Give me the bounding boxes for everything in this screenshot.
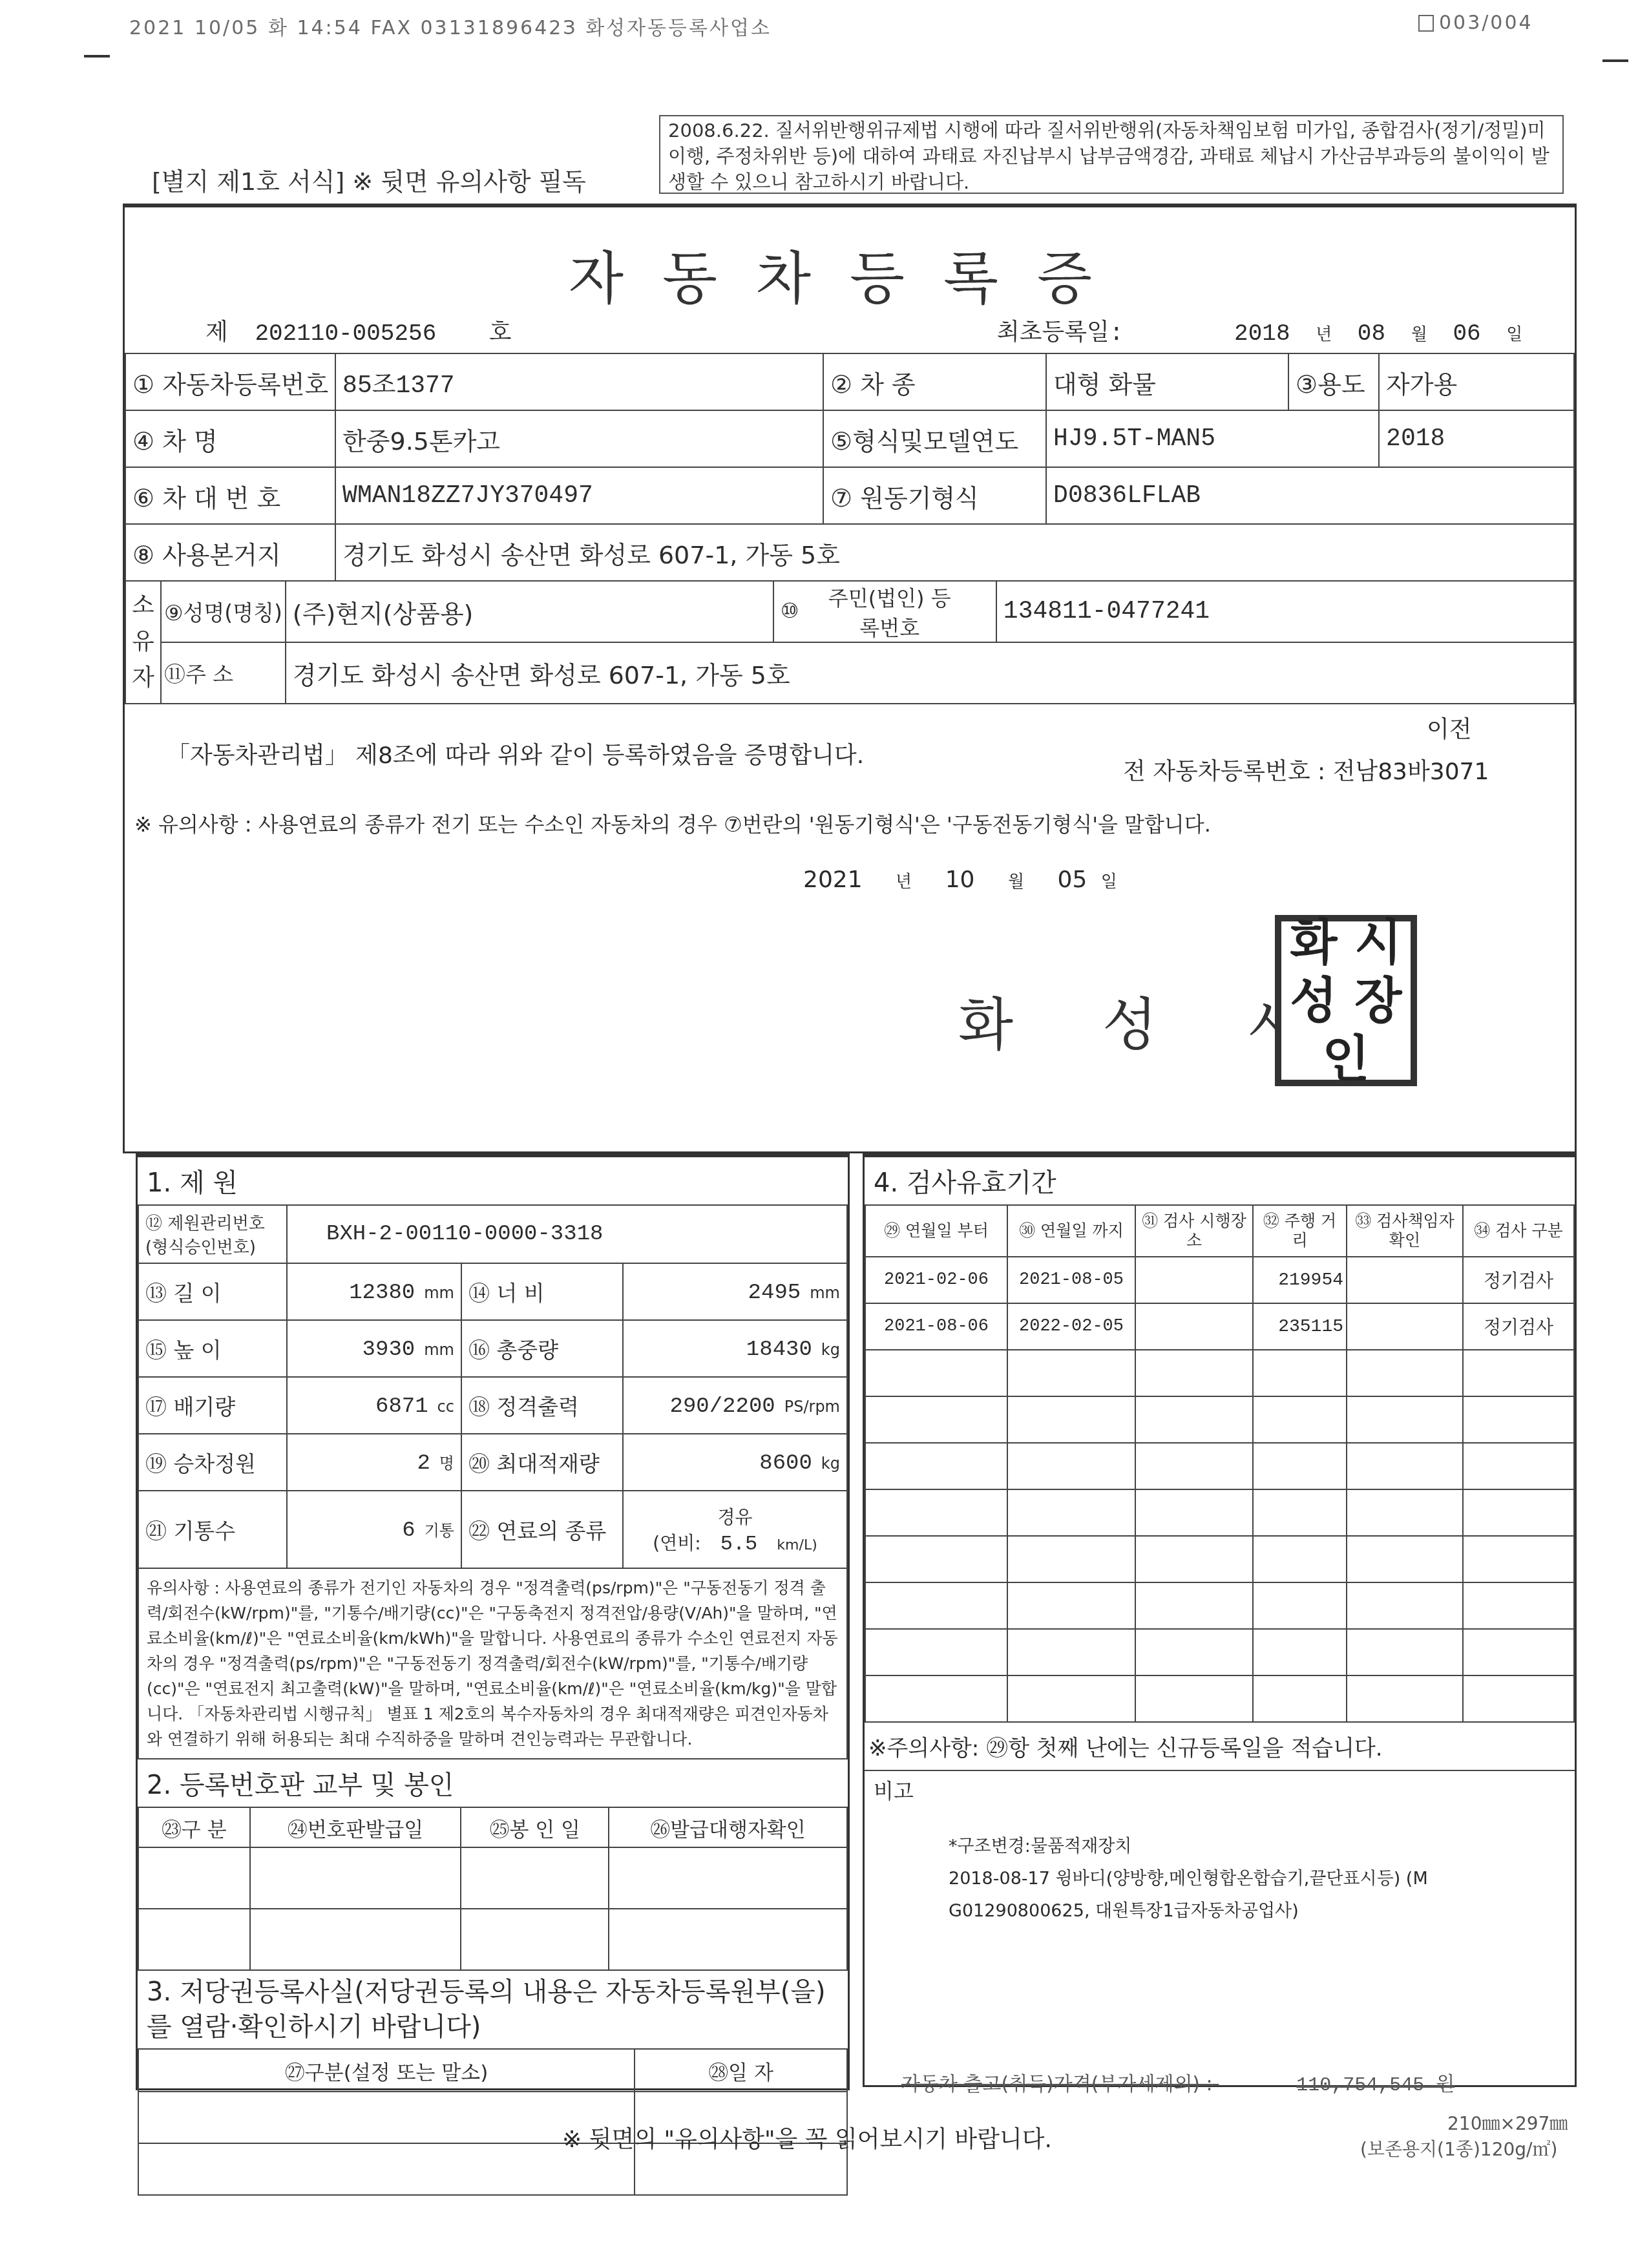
table-row bbox=[865, 1350, 1574, 1396]
reg-number-value: 85조1377 bbox=[335, 353, 823, 410]
table-cell bbox=[1463, 1582, 1574, 1629]
registration-certificate: 자동차등록증 제 202110-005256 호 최초등록일: 2018 년 0… bbox=[123, 204, 1577, 1153]
table-cell bbox=[609, 1909, 847, 1970]
table-cell bbox=[865, 1396, 1007, 1443]
table-cell bbox=[1253, 1629, 1347, 1675]
specs-note: 유의사항 : 사용연료의 종류가 전기인 자동차의 경우 "정격출력(ps/rp… bbox=[138, 1568, 847, 1759]
table-cell: 219954 bbox=[1253, 1257, 1347, 1303]
table-row: ㉑ 기통수6기통㉒ 연료의 종류경유(연비:5.5km/L) bbox=[138, 1491, 847, 1568]
owner-id-value: 134811-0477241 bbox=[996, 581, 1574, 642]
model-value: HJ9.5T-MAN5 bbox=[1046, 410, 1379, 467]
vehicle-info-table: ① 자동차등록번호 85조1377 ② 차 종 대형 화물 ③용도 자가용 ④ … bbox=[125, 353, 1575, 582]
inspection-table: ㉙ 연월일 부터㉚ 연월일 까지㉛ 검사 시행장소㉜ 주행 거리㉝ 검사책임자 … bbox=[865, 1204, 1575, 1723]
table-row: 2021-08-062022-02-05235115정기검사 bbox=[865, 1303, 1574, 1350]
table-row bbox=[865, 1536, 1574, 1582]
registration-mark-left bbox=[84, 55, 110, 58]
official-seal: 화 시 성 장 인 bbox=[1275, 915, 1417, 1086]
issue-date: 2021 년 10 월 05 일 bbox=[803, 866, 1117, 893]
table-cell bbox=[1135, 1257, 1253, 1303]
table-cell bbox=[1253, 1675, 1347, 1722]
column-header: ㉝ 검사책임자 확인 bbox=[1347, 1205, 1463, 1257]
column-header: ㉙ 연월일 부터 bbox=[865, 1205, 1007, 1257]
table-cell bbox=[1007, 1582, 1135, 1629]
table-cell bbox=[865, 1536, 1007, 1582]
vehicle-type-value: 대형 화물 bbox=[1046, 353, 1288, 410]
fax-page-number: 003/004 bbox=[1439, 12, 1533, 34]
column-header: ㉓구 분 bbox=[138, 1807, 250, 1847]
plates-table: ㉓구 분㉔번호판발급일㉕봉 인 일㉖발급대행자확인 bbox=[138, 1807, 848, 1971]
table-cell bbox=[461, 1909, 608, 1970]
use-value: 자가용 bbox=[1379, 353, 1574, 410]
base-location-label: ⑧ 사용본거지 bbox=[125, 524, 335, 581]
table-cell bbox=[1007, 1536, 1135, 1582]
table-row: ⑰ 배기량6871cc⑱ 정격출력290/2200PS/rpm bbox=[138, 1377, 847, 1434]
spec-label: ㉑ 기통수 bbox=[138, 1491, 287, 1568]
spec-value: 2명 bbox=[287, 1434, 461, 1491]
owner-address-value: 경기도 화성시 송산면 화성로 607-1, 가동 5호 bbox=[286, 642, 1574, 704]
table-cell bbox=[1135, 1303, 1253, 1350]
first-registration-date: 최초등록일: 2018 년 08 월 06 일 bbox=[997, 314, 1522, 347]
table-cell bbox=[1135, 1629, 1253, 1675]
spec-mgmt-label: ⑫ 제원관리번호 (형식승인번호) bbox=[138, 1205, 287, 1263]
table-row: ④ 차 명 한중9.5톤카고 ⑤형식및모델연도 HJ9.5T-MAN5 2018 bbox=[125, 410, 1574, 467]
table-cell bbox=[138, 2092, 635, 2143]
spec-label: ⑳ 최대적재량 bbox=[461, 1434, 623, 1491]
owner-name-value: (주)현지(상품용) bbox=[286, 581, 773, 642]
table-cell bbox=[1135, 1675, 1253, 1722]
table-cell bbox=[865, 1675, 1007, 1722]
vehicle-type-label: ② 차 종 bbox=[823, 353, 1046, 410]
table-row bbox=[865, 1629, 1574, 1675]
table-cell bbox=[1347, 1257, 1463, 1303]
table-cell bbox=[1347, 1536, 1463, 1582]
table-cell: 2022-02-05 bbox=[1007, 1303, 1135, 1350]
fax-header: 2021 10/05 화 14:54 FAX 0313189642З 화성자동등… bbox=[129, 12, 772, 40]
spec-mgmt-value: BXH-2-00110-0000-3318 bbox=[287, 1205, 847, 1263]
fine-notice-box: 2008.6.22. 질서위반행위규제법 시행에 따라 질서위반행위(자동차책임… bbox=[659, 115, 1564, 194]
table-cell bbox=[138, 1909, 250, 1970]
table-cell bbox=[1463, 1536, 1574, 1582]
table-row: ⑲ 승차정원2명⑳ 최대적재량8600kg bbox=[138, 1434, 847, 1491]
table-row: ⑬ 길 이12380mm⑭ 너 비2495mm bbox=[138, 1263, 847, 1320]
vehicle-name-label: ④ 차 명 bbox=[125, 410, 335, 467]
vehicle-name-value: 한중9.5톤카고 bbox=[335, 410, 823, 467]
owner-table: 소유자 ⑨성명(명칭) (주)현지(상품용) ⑩ 주민(법인) 등록번호 134… bbox=[125, 580, 1575, 704]
spec-value: 3930mm bbox=[287, 1320, 461, 1377]
table-cell bbox=[865, 1443, 1007, 1489]
electric-vehicle-caution: ※ 유의사항 : 사용연료의 종류가 전기 또는 수소인 자동차의 경우 ⑦번란… bbox=[134, 808, 1211, 838]
column-header: ㉞ 검사 구분 bbox=[1463, 1205, 1574, 1257]
table-cell bbox=[1007, 1489, 1135, 1536]
table-cell: 2021-02-06 bbox=[865, 1257, 1007, 1303]
table-cell bbox=[1347, 1675, 1463, 1722]
table-cell bbox=[250, 1847, 461, 1909]
model-year-value: 2018 bbox=[1379, 410, 1574, 467]
transfer-label: 이전 bbox=[1427, 711, 1472, 744]
table-cell: 2021-08-06 bbox=[865, 1303, 1007, 1350]
table-cell bbox=[1463, 1629, 1574, 1675]
spec-value: 18430kg bbox=[623, 1320, 847, 1377]
table-row bbox=[865, 1443, 1574, 1489]
spec-label: ⑱ 정격출력 bbox=[461, 1377, 623, 1434]
inspection-caution: ※주의사항: ㉙항 첫째 난에는 신규등록일을 적습니다. bbox=[865, 1723, 1575, 1771]
spec-label: ⑯ 총중량 bbox=[461, 1320, 623, 1377]
column-header: ㉖발급대행자확인 bbox=[609, 1807, 847, 1847]
table-cell bbox=[1347, 1396, 1463, 1443]
column-header: ㉛ 검사 시행장소 bbox=[1135, 1205, 1253, 1257]
table-row: ⑧ 사용본거지 경기도 화성시 송산면 화성로 607-1, 가동 5호 bbox=[125, 524, 1574, 581]
table-cell bbox=[1007, 1443, 1135, 1489]
spec-value: 12380mm bbox=[287, 1263, 461, 1320]
table-cell bbox=[865, 1582, 1007, 1629]
paper-type: (보존용지(1종)120g/㎡) bbox=[1360, 2136, 1557, 2161]
owner-name-label: ⑨성명(명칭) bbox=[161, 581, 286, 642]
spec-label: ⑮ 높 이 bbox=[138, 1320, 287, 1377]
table-row: 2021-02-062021-08-05219954정기검사 bbox=[865, 1257, 1574, 1303]
remarks-label: 비고 bbox=[865, 1771, 1575, 1811]
specs-note-row: 유의사항 : 사용연료의 종류가 전기인 자동차의 경우 "정격출력(ps/rp… bbox=[138, 1568, 847, 1759]
table-cell bbox=[1135, 1489, 1253, 1536]
registration-mark-right bbox=[1602, 59, 1628, 62]
table-cell bbox=[1007, 1675, 1135, 1722]
vin-label: ⑥ 차 대 번 호 bbox=[125, 467, 335, 524]
spec-label: ⑬ 길 이 bbox=[138, 1263, 287, 1320]
column-header: ㉚ 연월일 까지 bbox=[1007, 1205, 1135, 1257]
spec-value: 6기통 bbox=[287, 1491, 461, 1568]
table-cell bbox=[1007, 1350, 1135, 1396]
owner-group-label: 소유자 bbox=[125, 581, 161, 704]
footer-note: ※ 뒷면의 "유의사항"을 꼭 읽어보시기 바랍니다. bbox=[562, 2121, 1052, 2154]
paper-size: 210㎜×297㎜ bbox=[1447, 2110, 1568, 2136]
table-cell bbox=[250, 1909, 461, 1970]
table-cell bbox=[1135, 1396, 1253, 1443]
column-header: ㉜ 주행 거리 bbox=[1253, 1205, 1347, 1257]
spec-label: ⑭ 너 비 bbox=[461, 1263, 623, 1320]
table-cell bbox=[1135, 1350, 1253, 1396]
table-cell bbox=[1253, 1536, 1347, 1582]
table-row bbox=[138, 1847, 847, 1909]
table-row: ⑪주 소 경기도 화성시 송산면 화성로 607-1, 가동 5호 bbox=[125, 642, 1574, 704]
mortgage-heading: 3. 저당권등록사실(저당권등록의 내용은 자동차등록원부(을)를 열람·확인하… bbox=[138, 1971, 848, 2048]
table-cell bbox=[1347, 1489, 1463, 1536]
column-header: ㉗구분(설정 또는 말소) bbox=[138, 2049, 635, 2092]
plates-heading: 2. 등록번호판 교부 및 봉인 bbox=[138, 1759, 848, 1807]
spec-value: 290/2200PS/rpm bbox=[623, 1377, 847, 1434]
spec-label: ⑲ 승차정원 bbox=[138, 1434, 287, 1491]
table-header-row: ㉓구 분㉔번호판발급일㉕봉 인 일㉖발급대행자확인 bbox=[138, 1807, 847, 1847]
table-cell: 정기검사 bbox=[1463, 1257, 1574, 1303]
certificate-title: 자동차등록증 bbox=[125, 233, 1575, 315]
table-cell bbox=[1135, 1443, 1253, 1489]
table-row bbox=[865, 1582, 1574, 1629]
column-header: ㉕봉 인 일 bbox=[461, 1807, 608, 1847]
spec-value: 6871cc bbox=[287, 1377, 461, 1434]
table-row bbox=[138, 1909, 847, 1970]
base-location-value: 경기도 화성시 송산면 화성로 607-1, 가동 5호 bbox=[335, 524, 1574, 581]
spec-value: 2495mm bbox=[623, 1263, 847, 1320]
fax-page-counter: 003/004 bbox=[1418, 12, 1533, 34]
table-cell bbox=[1007, 1396, 1135, 1443]
table-cell bbox=[1347, 1582, 1463, 1629]
column-header: ㉔번호판발급일 bbox=[250, 1807, 461, 1847]
table-cell bbox=[1347, 1443, 1463, 1489]
table-cell bbox=[1463, 1443, 1574, 1489]
table-cell bbox=[1007, 1629, 1135, 1675]
fuel-efficiency: (연비:5.5km/L) bbox=[630, 1529, 840, 1556]
spec-label: ⑰ 배기량 bbox=[138, 1377, 287, 1434]
model-label: ⑤형식및모델연도 bbox=[823, 410, 1046, 467]
spec-label: ㉒ 연료의 종류 bbox=[461, 1491, 623, 1568]
table-row: ① 자동차등록번호 85조1377 ② 차 종 대형 화물 ③용도 자가용 bbox=[125, 353, 1574, 410]
table-cell bbox=[1463, 1396, 1574, 1443]
table-header-row: ㉙ 연월일 부터㉚ 연월일 까지㉛ 검사 시행장소㉜ 주행 거리㉝ 검사책임자 … bbox=[865, 1205, 1574, 1257]
form-label: [별지 제1호 서식] ※ 뒷면 유의사항 필독 bbox=[152, 162, 586, 197]
fax-page-icon bbox=[1418, 15, 1434, 32]
table-row bbox=[865, 1489, 1574, 1536]
table-cell bbox=[1135, 1582, 1253, 1629]
table-row bbox=[865, 1675, 1574, 1722]
inspection-section: 4. 검사유효기간 ㉙ 연월일 부터㉚ 연월일 까지㉛ 검사 시행장소㉜ 주행 … bbox=[863, 1153, 1577, 2087]
table-cell bbox=[1463, 1489, 1574, 1536]
engine-value: D0836LFLAB bbox=[1046, 467, 1574, 524]
table-cell bbox=[1253, 1582, 1347, 1629]
table-cell bbox=[1463, 1350, 1574, 1396]
table-cell bbox=[865, 1489, 1007, 1536]
table-row: ⑮ 높 이3930mm⑯ 총중량18430kg bbox=[138, 1320, 847, 1377]
table-cell bbox=[138, 2143, 635, 2195]
table-header-row: ㉗구분(설정 또는 말소)㉘일 자 bbox=[138, 2049, 847, 2092]
table-cell: 235115 bbox=[1253, 1303, 1347, 1350]
table-cell bbox=[609, 1847, 847, 1909]
table-row: 소유자 ⑨성명(명칭) (주)현지(상품용) ⑩ 주민(법인) 등록번호 134… bbox=[125, 581, 1574, 642]
table-cell bbox=[865, 1629, 1007, 1675]
spec-value: 경유(연비:5.5km/L) bbox=[623, 1491, 847, 1568]
table-row bbox=[865, 1396, 1574, 1443]
table-cell bbox=[138, 1847, 250, 1909]
table-cell bbox=[1253, 1396, 1347, 1443]
table-cell bbox=[1253, 1350, 1347, 1396]
owner-id-label: ⑩ 주민(법인) 등록번호 bbox=[773, 581, 996, 642]
spec-value: 8600kg bbox=[623, 1434, 847, 1491]
table-cell: 정기검사 bbox=[1463, 1303, 1574, 1350]
certification-statement: 「자동차관리법」 제8조에 따라 위와 같이 등록하였음을 증명합니다. bbox=[167, 737, 864, 770]
previous-registration-number: 전 자동차등록번호 : 전남83바3071 bbox=[1123, 753, 1489, 786]
table-cell bbox=[1347, 1303, 1463, 1350]
reg-number-label: ① 자동차등록번호 bbox=[125, 353, 335, 410]
specs-section: 1. 제 원 ⑫ 제원관리번호 (형식승인번호) BXH-2-00110-000… bbox=[136, 1153, 850, 2090]
owner-address-label: ⑪주 소 bbox=[161, 642, 286, 704]
table-cell bbox=[1253, 1489, 1347, 1536]
vehicle-price-line: 자동차 출고(취득)가격(부가세제외) : 110,754,545 원 bbox=[901, 2068, 1455, 2097]
column-header: ㉘일 자 bbox=[635, 2049, 847, 2092]
table-cell bbox=[865, 1350, 1007, 1396]
specs-table: ⑫ 제원관리번호 (형식승인번호) BXH-2-00110-0000-3318 … bbox=[138, 1204, 848, 1759]
remarks-text: *구조변경:물품적재장치 2018-08-17 윙바디(양방향,메인형합온합습기… bbox=[865, 1811, 1575, 1931]
table-row: ⑥ 차 대 번 호 WMAN18ZZ7JY370497 ⑦ 원동기형식 D083… bbox=[125, 467, 1574, 524]
table-cell: 2021-08-05 bbox=[1007, 1257, 1135, 1303]
specs-heading: 1. 제 원 bbox=[138, 1157, 848, 1204]
table-cell bbox=[1253, 1443, 1347, 1489]
vin-value: WMAN18ZZ7JY370497 bbox=[335, 467, 823, 524]
inspection-heading: 4. 검사유효기간 bbox=[865, 1157, 1575, 1204]
table-cell bbox=[1347, 1629, 1463, 1675]
use-label: ③용도 bbox=[1288, 353, 1379, 410]
table-cell bbox=[1347, 1350, 1463, 1396]
table-row: ⑫ 제원관리번호 (형식승인번호) BXH-2-00110-0000-3318 bbox=[138, 1205, 847, 1263]
vehicle-price: 110,754,545 원 bbox=[1296, 2075, 1455, 2097]
engine-label: ⑦ 원동기형식 bbox=[823, 467, 1046, 524]
table-cell bbox=[461, 1847, 608, 1909]
certificate-number: 제 202110-005256 호 bbox=[205, 314, 512, 347]
table-cell bbox=[1135, 1536, 1253, 1582]
table-cell bbox=[1463, 1675, 1574, 1722]
